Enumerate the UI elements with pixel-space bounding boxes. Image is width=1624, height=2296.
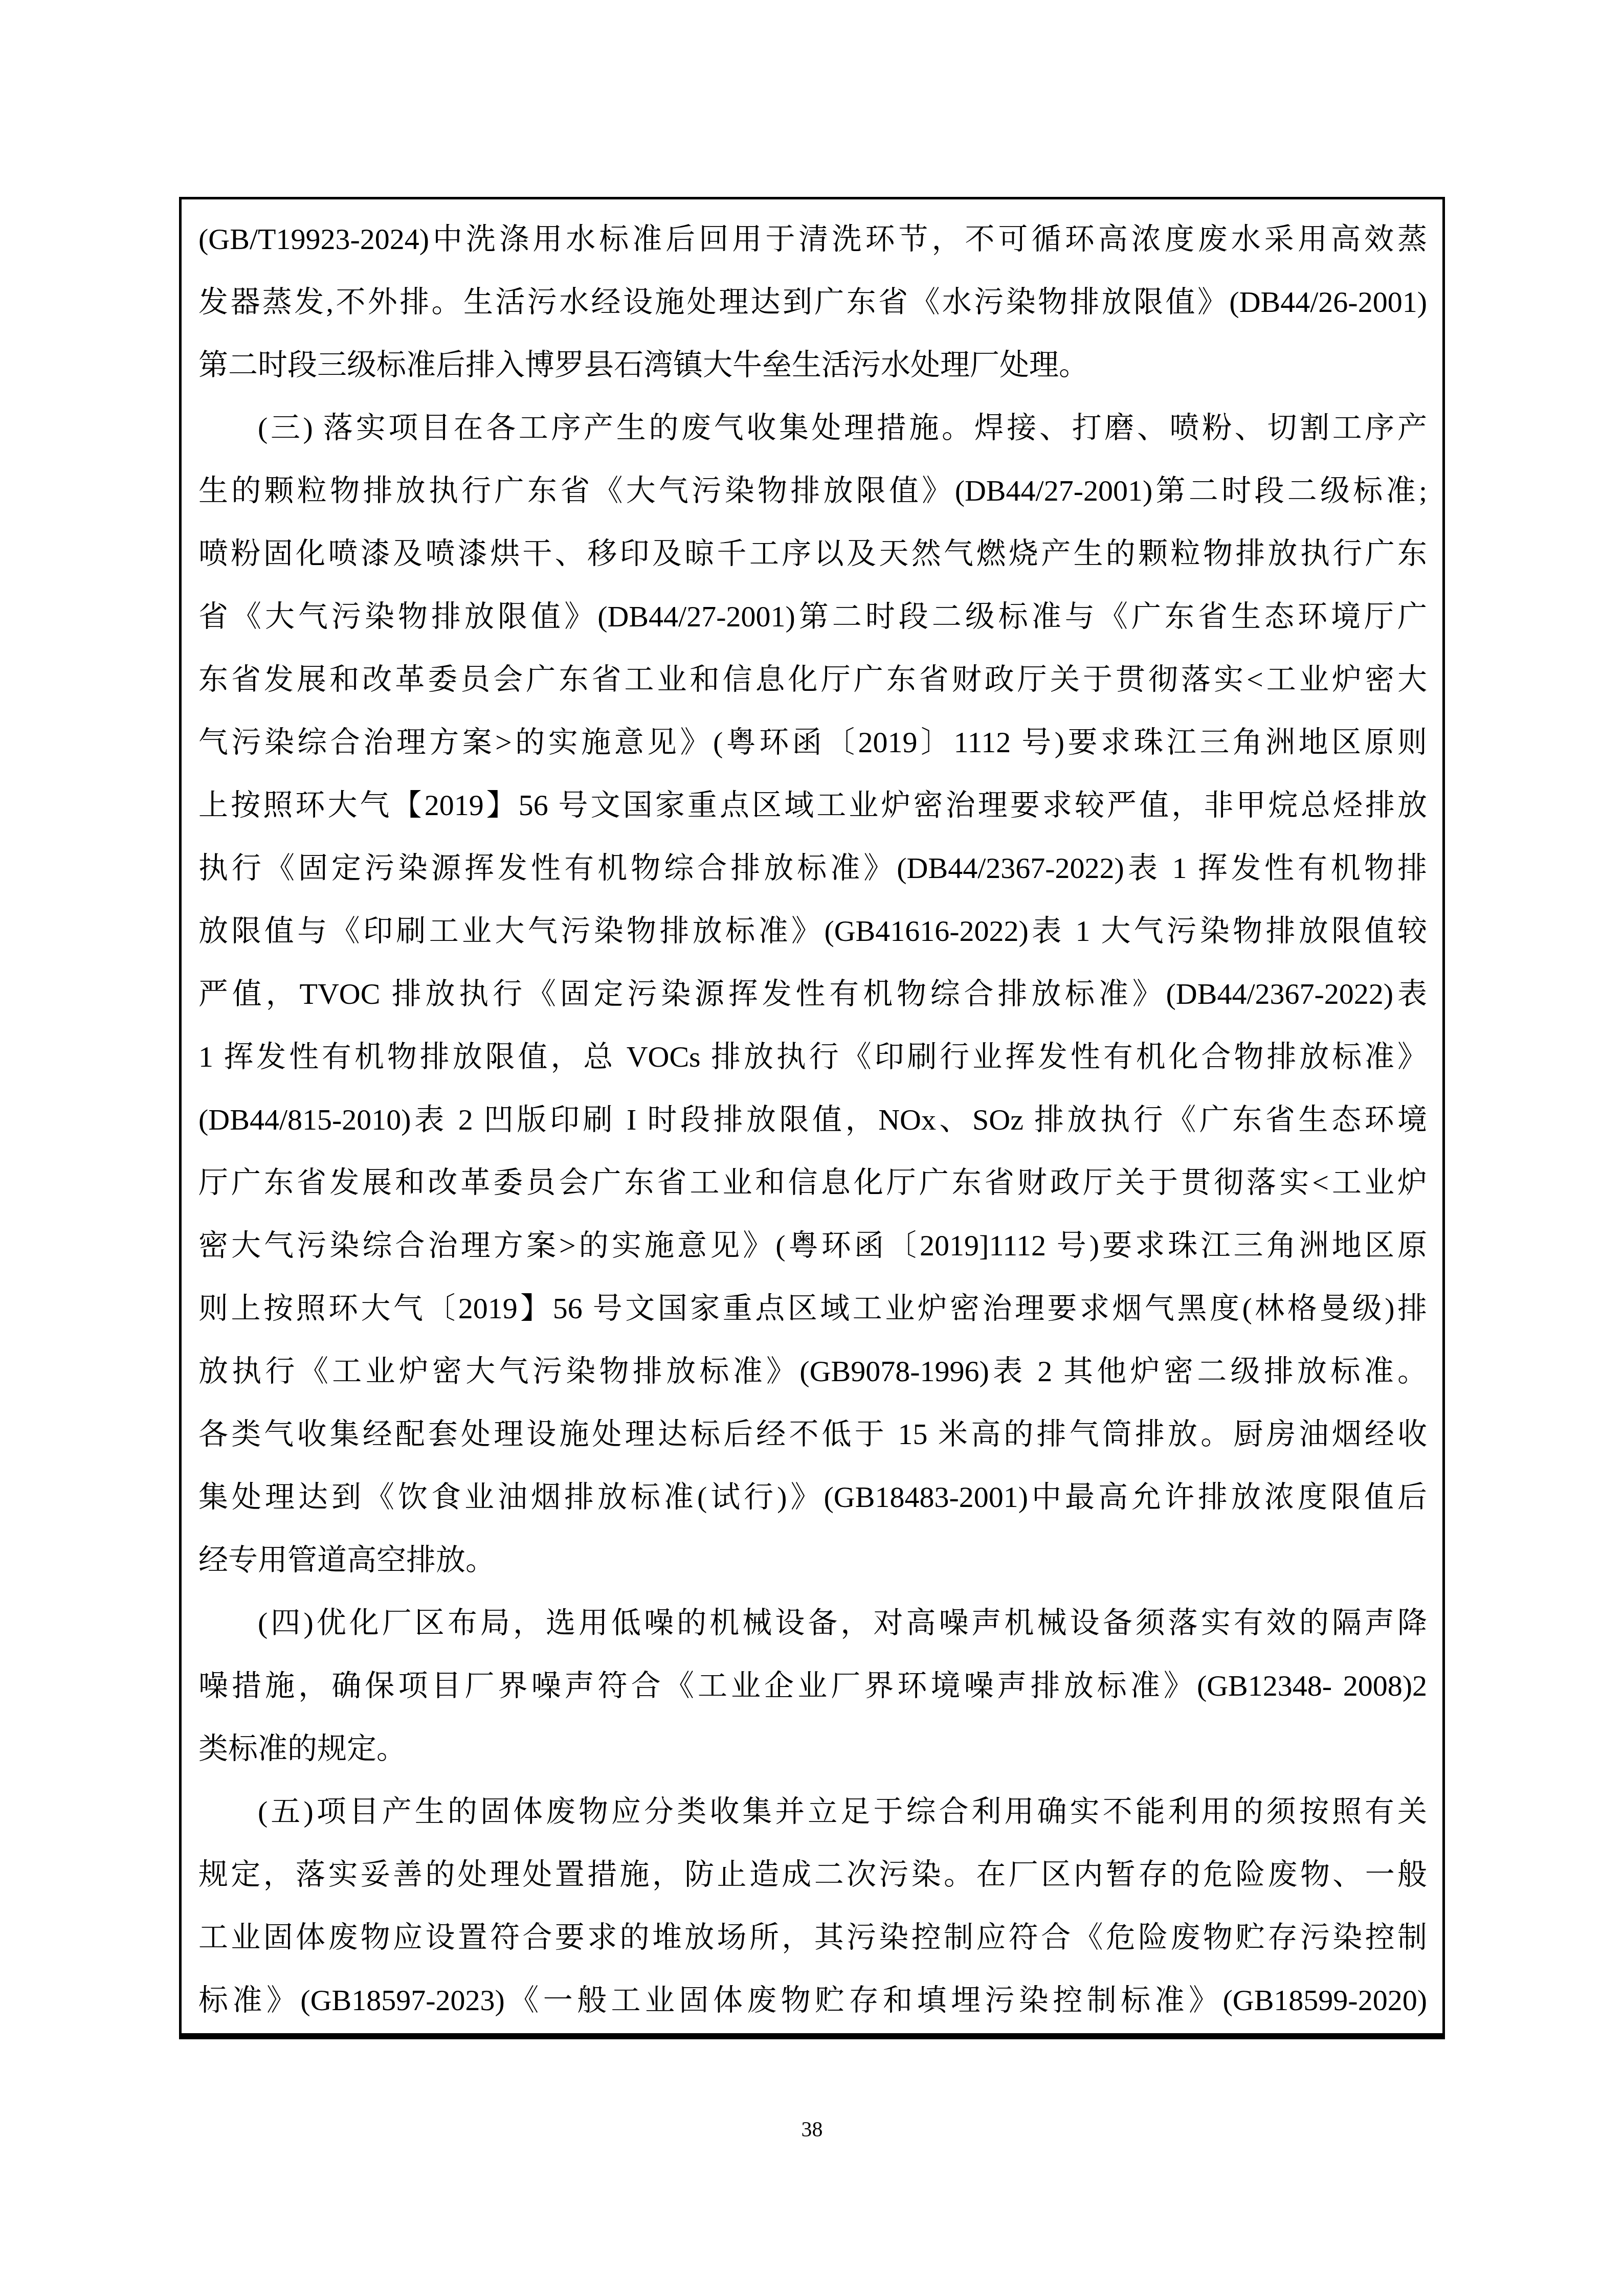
text-line: 上按照环大气【2019】56 号文国家重点区域工业炉密治理要求较严值，非甲烷总烃… [198,774,1427,837]
text-line: (三) 落实项目在各工序产生的废气收集处理措施。焊接、打磨、喷粉、切割工序产 [198,396,1427,459]
text-line: 经专用管道高空排放。 [198,1528,1427,1591]
text-line: 各类气收集经配套处理设施处理达标后经不低于 15 米高的排气筒排放。厨房油烟经收 [198,1403,1427,1466]
text-line: 密大气污染综合治理方案>的实施意见》(粤环函〔2019]1112 号)要求珠江三… [198,1214,1427,1277]
text-line: 生的颗粒物排放执行广东省《大气污染物排放限值》(DB44/27-2001)第二时… [198,459,1427,522]
text-line: 厅广东省发展和改革委员会广东省工业和信息化厅广东省财政厅关于贯彻落实<工业炉 [198,1151,1427,1214]
text-line: 东省发展和改革委员会广东省工业和信息化厅广东省财政厅关于贯彻落实<工业炉密大 [198,648,1427,711]
text-line: 放执行《工业炉密大气污染物排放标准》(GB9078-1996)表 2 其他炉密二… [198,1340,1427,1403]
page-number: 38 [179,2114,1445,2145]
text-line: 工业固体废物应设置符合要求的堆放场所，其污染控制应符合《危险废物贮存污染控制 [198,1906,1427,1969]
document-page: (GB/T19923-2024)中洗涤用水标准后回用于清洗环节，不可循环高浓度废… [0,0,1624,2296]
text-line: 规定，落实妥善的处理处置措施，防止造成二次污染。在厂区内暂存的危险废物、一般 [198,1843,1427,1906]
text-line: (DB44/815-2010)表 2 凹版印刷 I 时段排放限值，NOx、SOz… [198,1088,1427,1151]
text-line: (四)优化厂区布局，选用低噪的机械设备，对高噪声机械设备须落实有效的隔声降 [198,1591,1427,1654]
text-line: (五)项目产生的固体废物应分类收集并立足于综合利用确实不能利用的须按照有关 [198,1780,1427,1843]
text-line: 执行《固定污染源挥发性有机物综合排放标准》(DB44/2367-2022)表 1… [198,837,1427,899]
text-line: 则上按照环大气〔2019】56 号文国家重点区域工业炉密治理要求烟气黑度(林格曼… [198,1277,1427,1340]
text-line: 省《大气污染物排放限值》(DB44/27-2001)第二时段二级标准与《广东省生… [198,585,1427,648]
text-line: 噪措施，确保项目厂界噪声符合《工业企业厂界环境噪声排放标准》(GB12348- … [198,1654,1427,1717]
text-line: 严值，TVOC 排放执行《固定污染源挥发性有机物综合排放标准》(DB44/236… [198,962,1427,1025]
document-text-cell: (GB/T19923-2024)中洗涤用水标准后回用于清洗环节，不可循环高浓度废… [179,197,1445,2039]
text-line: 气污染综合治理方案>的实施意见》(粤环函〔2019〕1112 号)要求珠江三角洲… [198,711,1427,774]
text-line: 标准》(GB18597-2023)《一般工业固体废物贮存和填埋污染控制标准》(G… [198,1969,1427,2032]
text-line: 类标准的规定。 [198,1717,1427,1780]
text-line: 放限值与《印刷工业大气污染物排放标准》(GB41616-2022)表 1 大气污… [198,899,1427,962]
text-line: (GB/T19923-2024)中洗涤用水标准后回用于清洗环节，不可循环高浓度废… [198,208,1427,271]
text-line: 发器蒸发,不外排。生活污水经设施处理达到广东省《水污染物排放限值》(DB44/2… [198,271,1427,333]
text-line: 第二时段三级标准后排入博罗县石湾镇大牛垒生活污水处理厂处理。 [198,333,1427,396]
text-line: 1 挥发性有机物排放限值，总 VOCs 排放执行《印刷行业挥发性有机化合物排放标… [198,1025,1427,1088]
text-line: 喷粉固化喷漆及喷漆烘干、移印及晾千工序以及天然气燃烧产生的颗粒物排放执行广东 [198,522,1427,585]
text-line: 集处理达到《饮食业油烟排放标准(试行)》(GB18483-2001)中最高允许排… [198,1466,1427,1528]
